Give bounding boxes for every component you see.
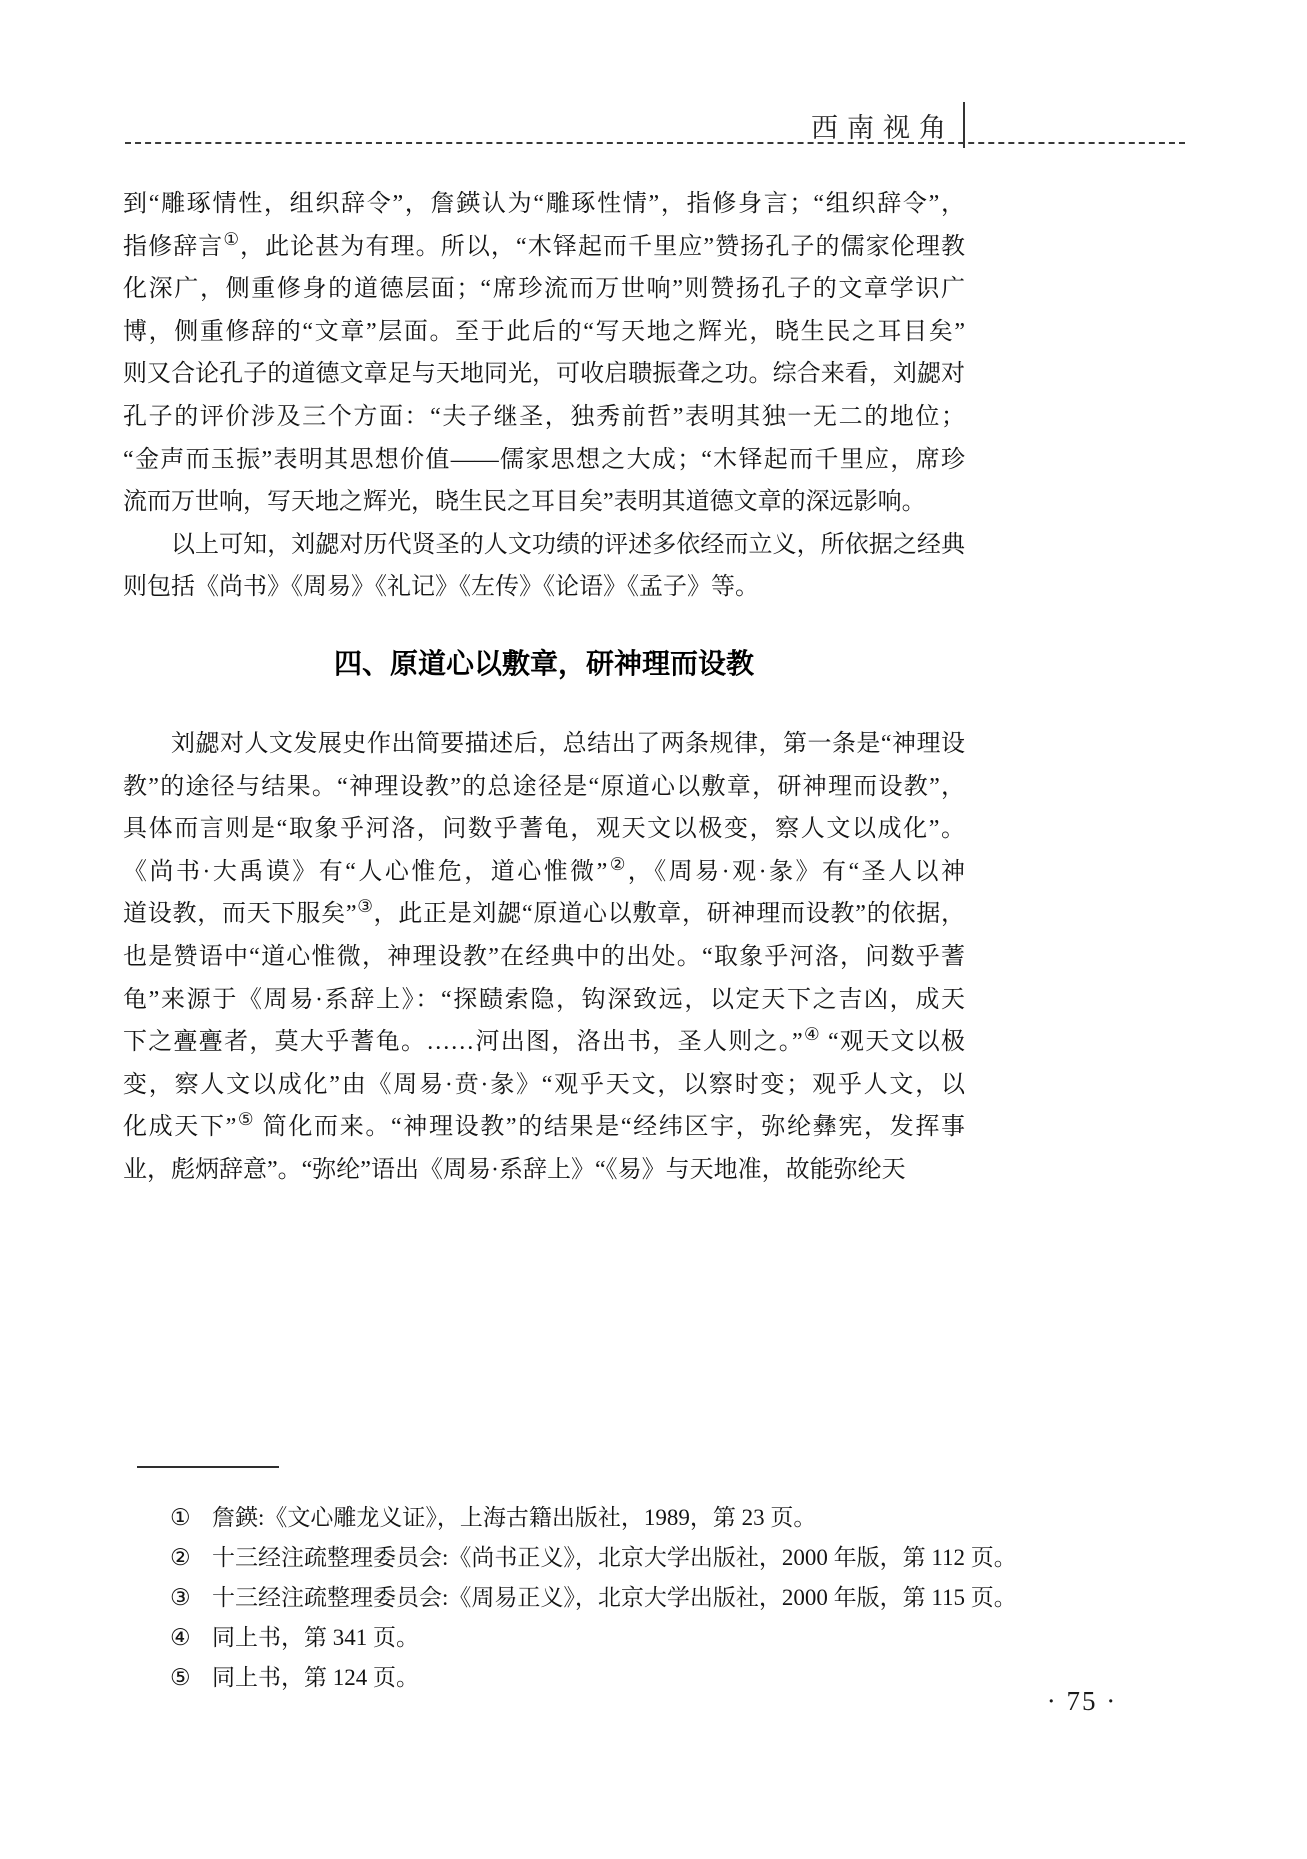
footnote-item: ④ 同上书，第 341 页。 xyxy=(123,1618,1023,1658)
footnote-list: ① 詹鍈:《文心雕龙义证》，上海古籍出版社，1989，第 23 页。 ② 十三经… xyxy=(123,1498,1023,1698)
text-line: 教”的途径与结果。“神理设教”的总途径是“原道心以敷章，研神理而设教”， xyxy=(123,766,965,809)
text-line: 化成天下”⑤ 简化而来。“神理设教”的结果是“经纬区宇，弥纶彝宪，发挥事 xyxy=(123,1106,965,1149)
footnote-ref: ② xyxy=(607,855,627,874)
text-line: 则包括《尚书》《周易》《礼记》《左传》《论语》《孟子》等。 xyxy=(123,566,965,609)
footnote-text: 十三经注疏整理委员会:《周易正义》，北京大学出版社，2000 年版，第 115 … xyxy=(212,1578,1023,1618)
text-line: 以上可知，刘勰对历代贤圣的人文功绩的评述多依经而立义，所依据之经典 xyxy=(123,524,965,567)
footnote-item: ⑤ 同上书，第 124 页。 xyxy=(123,1658,1023,1698)
text-line: 《尚书·大禹谟》有“人心惟危，道心惟微”②，《周易·观·彖》有“圣人以神 xyxy=(123,851,965,894)
text-line: 道设教，而天下服矣”③，此正是刘勰“原道心以敷章，研神理而设教”的依据， xyxy=(123,893,965,936)
footnote-item: ① 詹鍈:《文心雕龙义证》，上海古籍出版社，1989，第 23 页。 xyxy=(123,1498,1023,1538)
text-line: 孔子的评价涉及三个方面：“夫子继圣，独秀前哲”表明其独一无二的地位； xyxy=(123,396,965,439)
text-line: 也是赞语中“道心惟微，神理设教”在经典中的出处。“取象乎河洛，问数乎蓍 xyxy=(123,936,965,979)
text-line: 则又合论孔子的道德文章足与天地同光，可收启聩振聋之功。综合来看，刘勰对 xyxy=(123,353,965,396)
footnote-marker: ④ xyxy=(170,1618,212,1658)
footnote-ref: ③ xyxy=(356,897,373,916)
footnote-marker: ① xyxy=(170,1498,212,1538)
text-line: 刘勰对人文发展史作出简要描述后，总结出了两条规律，第一条是“神理设 xyxy=(123,723,965,766)
running-head-title: 西南视角 xyxy=(811,106,955,145)
footnote-text: 十三经注疏整理委员会:《尚书正义》，北京大学出版社，2000 年版，第 112 … xyxy=(212,1538,1023,1578)
footnote-ref: ① xyxy=(223,230,240,249)
footnote-item: ② 十三经注疏整理委员会:《尚书正义》，北京大学出版社，2000 年版，第 11… xyxy=(123,1538,1023,1578)
main-text-block: 到“雕琢情性，组织辞令”，詹鍈认为“雕琢性情”，指修身言；“组织辞令”， 指修辞… xyxy=(123,183,965,1191)
text-line: 博，侧重修辞的“文章”层面。至于此后的“写天地之辉光，晓生民之耳目矣” xyxy=(123,311,965,354)
footnote-item: ③ 十三经注疏整理委员会:《周易正义》，北京大学出版社，2000 年版，第 11… xyxy=(123,1578,1023,1618)
footnote-ref: ⑤ xyxy=(236,1110,255,1129)
book-page: 西南视角 到“雕琢情性，组织辞令”，詹鍈认为“雕琢性情”，指修身言；“组织辞令”… xyxy=(0,0,1307,1859)
header-dashed-rule xyxy=(125,142,1185,144)
text-line: 下之亹亹者，莫大乎蓍龟。……河出图，洛出书，圣人则之。”④ “观天文以极 xyxy=(123,1021,965,1064)
text-line: 到“雕琢情性，组织辞令”，詹鍈认为“雕琢性情”，指修身言；“组织辞令”， xyxy=(123,183,965,226)
page-header: 西南视角 xyxy=(125,100,965,148)
footnote-text: 同上书，第 124 页。 xyxy=(212,1658,1023,1698)
section-heading: 四、原道心以敷章，研神理而设教 xyxy=(123,641,965,687)
text-line: 流而万世响，写天地之辉光，晓生民之耳目矣”表明其道德文章的深远影响。 xyxy=(123,481,965,524)
footnotes-section: ① 詹鍈:《文心雕龙义证》，上海古籍出版社，1989，第 23 页。 ② 十三经… xyxy=(123,1466,1023,1698)
text-line: 具体而言则是“取象乎河洛，问数乎蓍龟，观天文以极变，察人文以成化”。 xyxy=(123,808,965,851)
text-line: 龟”来源于《周易·系辞上》：“探赜索隐，钩深致远，以定天下之吉凶，成天 xyxy=(123,979,965,1022)
page-number: · 75 · xyxy=(1022,1686,1142,1717)
footnote-rule xyxy=(137,1466,279,1468)
text-line: 指修辞言①，此论甚为有理。所以，“木铎起而千里应”赞扬孔子的儒家伦理教 xyxy=(123,226,965,269)
text-line: 业，彪炳辞意”。“弥纶”语出《周易·系辞上》“《易》与天地准，故能弥纶天 xyxy=(123,1149,965,1192)
footnote-marker: ⑤ xyxy=(170,1658,212,1698)
text-line: 变，察人文以成化”由《周易·贲·彖》“观乎天文，以察时变；观乎人文，以 xyxy=(123,1064,965,1107)
footnote-marker: ③ xyxy=(170,1578,212,1618)
text-line: “金声而玉振”表明其思想价值——儒家思想之大成；“木铎起而千里应，席珍 xyxy=(123,439,965,482)
footnote-text: 同上书，第 341 页。 xyxy=(212,1618,1023,1658)
footnote-text: 詹鍈:《文心雕龙义证》，上海古籍出版社，1989，第 23 页。 xyxy=(212,1498,1023,1538)
footnote-ref: ④ xyxy=(803,1025,821,1044)
footnote-marker: ② xyxy=(170,1538,212,1578)
text-line: 化深广，侧重修身的道德层面；“席珍流而万世响”则赞扬孔子的文章学识广 xyxy=(123,268,965,311)
